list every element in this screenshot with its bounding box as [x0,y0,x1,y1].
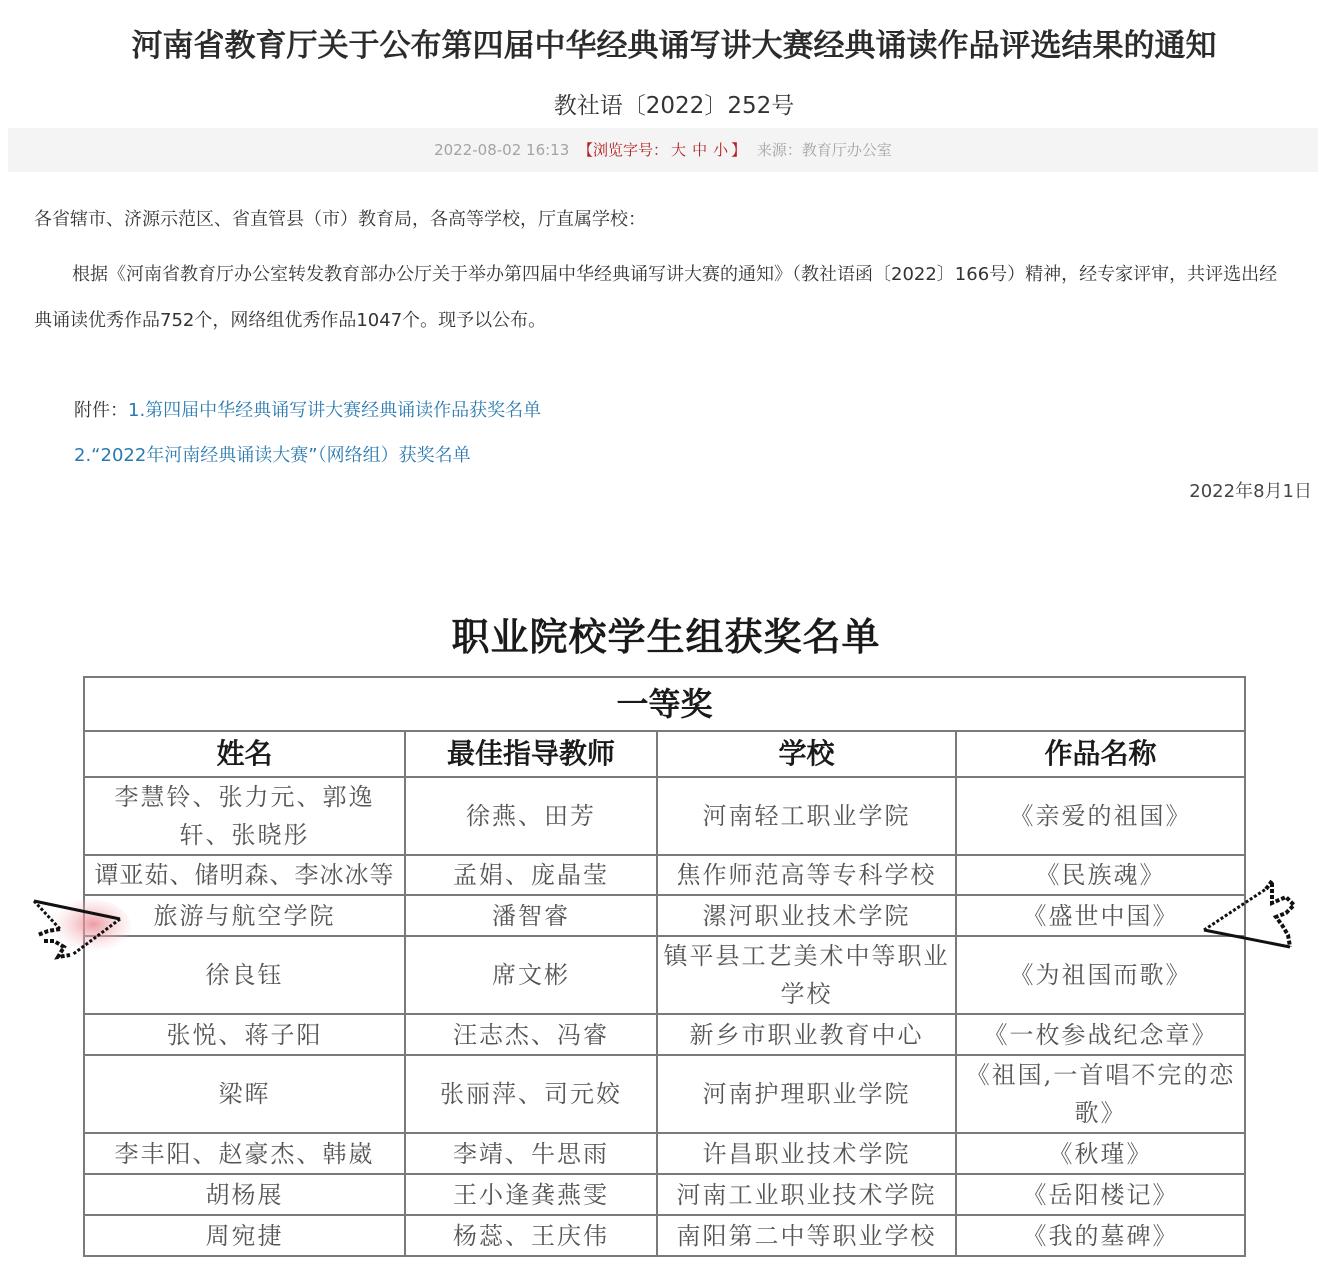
attachments-label: 附件： [74,400,128,421]
cell-work: 《祖国,一首唱不完的恋歌》 [956,1055,1245,1133]
cell-name: 谭亚茹、储明森、李冰冰等 [84,855,405,895]
cell-school: 镇平县工艺美术中等职业学校 [657,936,956,1014]
cell-name: 李慧铃、张力元、郭逸轩、张晓彤 [84,777,405,855]
publish-datetime: 2022-08-02 16:13 [434,141,569,159]
article-source: 来源：教育厅办公室 [757,141,892,159]
cell-work: 《为祖国而歌》 [956,936,1245,1014]
table-row: 李丰阳、赵豪杰、韩崴 李靖、牛思雨 许昌职业技术学院 《秋瑾》 [84,1133,1245,1174]
cell-work: 《亲爱的祖国》 [956,777,1245,855]
cell-work: 《我的墓碑》 [956,1215,1245,1256]
table-header-row: 姓名 最佳指导教师 学校 作品名称 [84,731,1245,777]
font-size-small-button[interactable]: 小 [713,141,728,159]
salutation-paragraph: 各省辖市、济源示范区、省直管县（市）教育局，各高等学校，厅直属学校： [34,207,1294,233]
document-number: 教社语〔2022〕252号 [0,88,1318,124]
signature-date: 2022年8月1日 [1189,478,1312,506]
cell-school: 焦作师范高等专科学校 [657,855,956,895]
attachment-line-2: 2.“2022年河南经典诵读大赛”（网络组）获奖名单 [74,433,541,478]
attachment-link-2[interactable]: 2.“2022年河南经典诵读大赛”（网络组）获奖名单 [74,445,471,466]
cell-work: 《秋瑾》 [956,1133,1245,1174]
table-row: 徐良钰 席文彬 镇平县工艺美术中等职业学校 《为祖国而歌》 [84,936,1245,1014]
font-size-label: 【浏览字号： [578,141,668,159]
column-header-work: 作品名称 [956,731,1245,777]
award-table: 一等奖 姓名 最佳指导教师 学校 作品名称 李慧铃、张力元、郭逸轩、张晓彤 徐燕… [83,676,1246,1257]
cell-school: 新乡市职业教育中心 [657,1014,956,1055]
cell-teacher: 王小逢龚燕雯 [405,1174,657,1215]
cell-name: 张悦、蒋子阳 [84,1014,405,1055]
cell-name: 李丰阳、赵豪杰、韩崴 [84,1133,405,1174]
attachments-section: 附件：1.第四届中华经典诵写讲大赛经典诵读作品获奖名单 2.“2022年河南经典… [74,388,541,478]
table-row: 梁晖 张丽萍、司元姣 河南护理职业学院 《祖国,一首唱不完的恋歌》 [84,1055,1245,1133]
article-title: 河南省教育厅关于公布第四届中华经典诵写讲大赛经典诵读作品评选结果的通知 [0,22,1318,70]
table-row: 旅游与航空学院 潘智睿 漯河职业技术学院 《盛世中国》 [84,895,1245,936]
font-size-label-close: 】 [731,141,746,159]
attachment-link-1[interactable]: 1.第四届中华经典诵写讲大赛经典诵读作品获奖名单 [128,400,541,421]
cell-name: 旅游与航空学院 [84,895,405,936]
cell-school: 漯河职业技术学院 [657,895,956,936]
cell-name: 徐良钰 [84,936,405,1014]
column-header-teacher: 最佳指导教师 [405,731,657,777]
font-size-medium-button[interactable]: 中 [692,141,707,159]
award-list-title: 职业院校学生组获奖名单 [0,610,1318,664]
cell-name: 周宛捷 [84,1215,405,1256]
cell-school: 河南护理职业学院 [657,1055,956,1133]
cell-name: 梁晖 [84,1055,405,1133]
cell-teacher: 汪志杰、冯睿 [405,1014,657,1055]
cell-school: 河南轻工职业学院 [657,777,956,855]
table-row: 张悦、蒋子阳 汪志杰、冯睿 新乡市职业教育中心 《一枚参战纪念章》 [84,1014,1245,1055]
cell-teacher: 潘智睿 [405,895,657,936]
cell-work: 《民族魂》 [956,855,1245,895]
font-size-large-button[interactable]: 大 [671,141,686,159]
table-row: 谭亚茹、储明森、李冰冰等 孟娟、庞晶莹 焦作师范高等专科学校 《民族魂》 [84,855,1245,895]
table-row: 李慧铃、张力元、郭逸轩、张晓彤 徐燕、田芳 河南轻工职业学院 《亲爱的祖国》 [84,777,1245,855]
prize-level-row: 一等奖 [84,677,1245,731]
cell-work: 《盛世中国》 [956,895,1245,936]
cell-teacher: 张丽萍、司元姣 [405,1055,657,1133]
cell-work: 《一枚参战纪念章》 [956,1014,1245,1055]
font-size-selector: 【浏览字号：大中小】 [578,141,751,159]
column-header-name: 姓名 [84,731,405,777]
cell-teacher: 杨蕊、王庆伟 [405,1215,657,1256]
table-row: 胡杨展 王小逢龚燕雯 河南工业职业技术学院 《岳阳楼记》 [84,1174,1245,1215]
cell-school: 南阳第二中等职业学校 [657,1215,956,1256]
cell-school: 河南工业职业技术学院 [657,1174,956,1215]
cell-teacher: 李靖、牛思雨 [405,1133,657,1174]
article-meta-bar: 2022-08-02 16:13 【浏览字号：大中小】 来源：教育厅办公室 [8,128,1318,172]
cell-work: 《岳阳楼记》 [956,1174,1245,1215]
attachment-line-1: 附件：1.第四届中华经典诵写讲大赛经典诵读作品获奖名单 [74,388,541,433]
main-paragraph: 根据《河南省教育厅办公室转发教育部办公厅关于举办第四届中华经典诵写讲大赛的通知》… [34,252,1294,344]
cell-teacher: 孟娟、庞晶莹 [405,855,657,895]
cell-school: 许昌职业技术学院 [657,1133,956,1174]
cell-name: 胡杨展 [84,1174,405,1215]
table-row: 周宛捷 杨蕊、王庆伟 南阳第二中等职业学校 《我的墓碑》 [84,1215,1245,1256]
cell-teacher: 徐燕、田芳 [405,777,657,855]
prize-level-heading: 一等奖 [84,677,1245,731]
cell-teacher: 席文彬 [405,936,657,1014]
column-header-school: 学校 [657,731,956,777]
